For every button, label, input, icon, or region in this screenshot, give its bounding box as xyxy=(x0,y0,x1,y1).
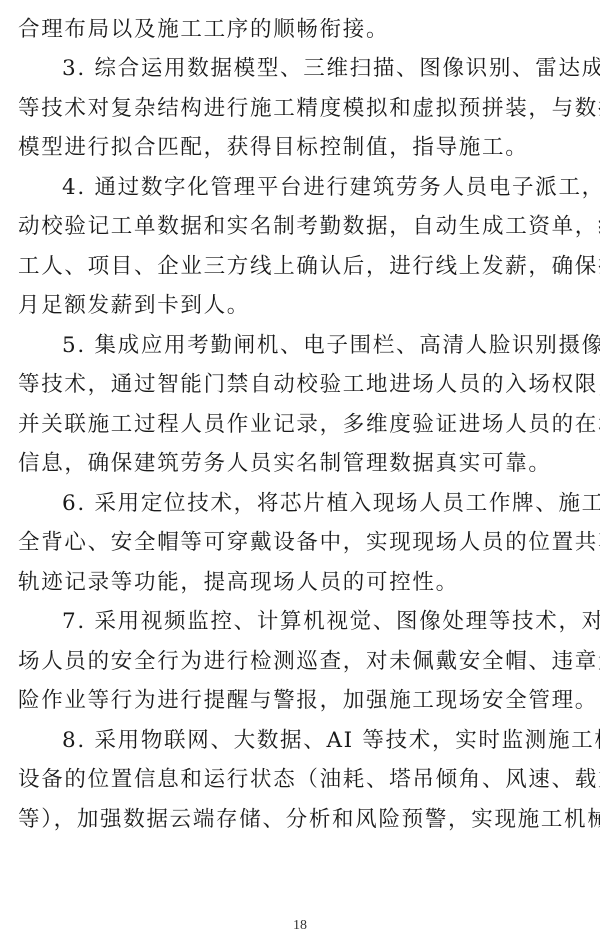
item-3-line-3: 模型进行拟合匹配，获得目标控制值，指导施工。 xyxy=(18,133,584,163)
item-3-line-1: 3. 综合运用数据模型、三维扫描、图像识别、雷达成像 xyxy=(62,54,584,84)
item-5-line-2: 等技术，通过智能门禁自动校验工地进场人员的入场权限， xyxy=(18,370,584,400)
item-6-line-1: 6. 采用定位技术，将芯片植入现场人员工作牌、施工安 xyxy=(62,489,584,519)
item-8-line-1: 8. 采用物联网、大数据、AI 等技术，实时监测施工机械 xyxy=(62,726,584,756)
item-6-line-2: 全背心、安全帽等可穿戴设备中，实现现场人员的位置共享、 xyxy=(18,528,584,558)
item-5-line-1: 5. 集成应用考勤闸机、电子围栏、高清人脸识别摄像头 xyxy=(62,331,584,361)
item-5-line-3: 并关联施工过程人员作业记录，多维度验证进场人员的在场 xyxy=(18,410,584,440)
document-page: 合理布局以及施工工序的顺畅衔接。 3. 综合运用数据模型、三维扫描、图像识别、雷… xyxy=(0,0,600,949)
paragraph-2-end-line: 合理布局以及施工工序的顺畅衔接。 xyxy=(18,15,584,45)
item-5-line-4: 信息，确保建筑劳务人员实名制管理数据真实可靠。 xyxy=(18,449,584,479)
item-6-line-3: 轨迹记录等功能，提高现场人员的可控性。 xyxy=(18,568,584,598)
item-3-line-2: 等技术对复杂结构进行施工精度模拟和虚拟预拼装，与数据 xyxy=(18,94,584,124)
page-number: 18 xyxy=(0,918,600,934)
item-7-line-2: 场人员的安全行为进行检测巡查，对未佩戴安全帽、违章危 xyxy=(18,647,584,677)
item-7-line-1: 7. 采用视频监控、计算机视觉、图像处理等技术，对现 xyxy=(62,607,584,637)
item-4-line-1: 4. 通过数字化管理平台进行建筑劳务人员电子派工，自 xyxy=(62,173,584,203)
item-4-line-3: 工人、项目、企业三方线上确认后，进行线上发薪，确保按 xyxy=(18,252,584,282)
item-8-line-2: 设备的位置信息和运行状态（油耗、塔吊倾角、风速、载重 xyxy=(18,765,584,795)
item-7-line-3: 险作业等行为进行提醒与警报，加强施工现场安全管理。 xyxy=(18,686,584,716)
item-4-line-4: 月足额发薪到卡到人。 xyxy=(18,291,584,321)
item-4-line-2: 动校验记工单数据和实名制考勤数据，自动生成工资单，经 xyxy=(18,212,584,242)
item-8-line-3: 等），加强数据云端存储、分析和风险预警，实现施工机械 xyxy=(18,805,584,835)
